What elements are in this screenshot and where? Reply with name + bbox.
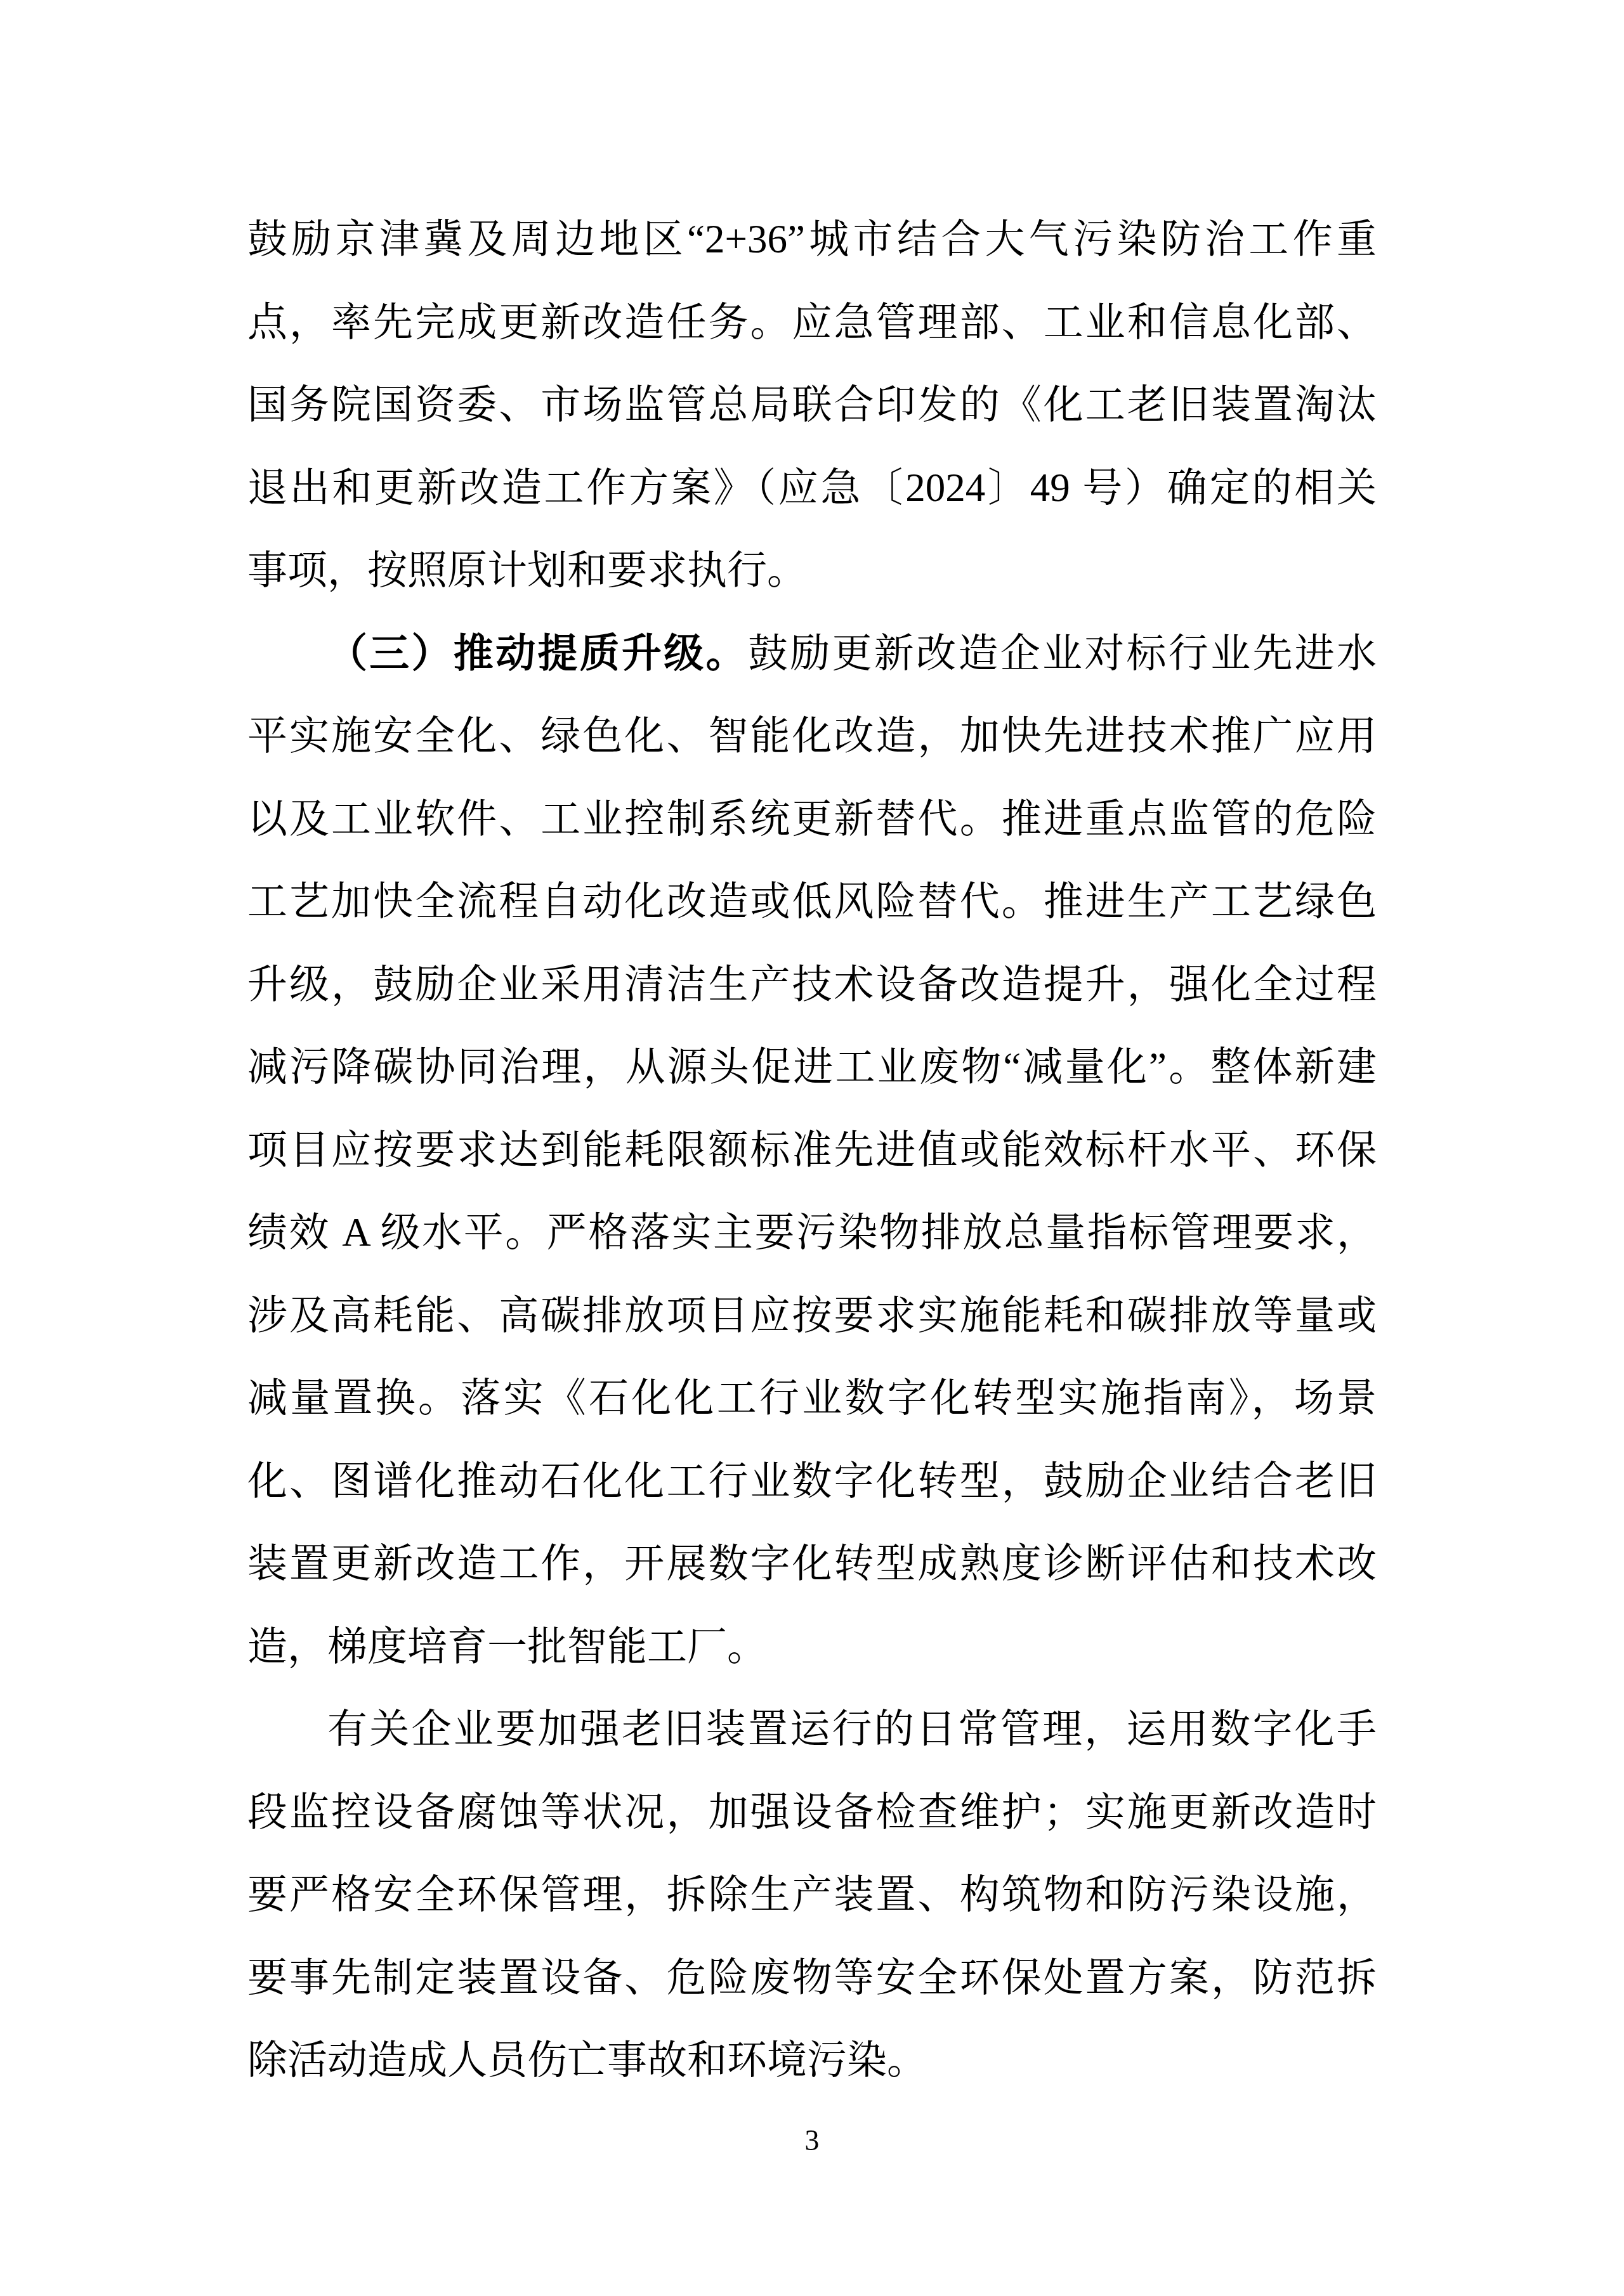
text-line: 有关企业要加强老旧装置运行的日常管理，运用数字化手 xyxy=(247,1688,1377,1771)
text-line-content: 造，梯度培育一批智能工厂。 xyxy=(247,1624,767,1669)
text-line: 升级，鼓励企业采用清洁生产技术设备改造提升，强化全过程 xyxy=(247,943,1377,1026)
section-heading: （三）推动提质升级。 xyxy=(327,631,748,675)
text-line-content: 段监控设备腐蚀等状况，加强设备检查维护；实施更新改造时 xyxy=(247,1790,1377,1834)
text-line: 除活动造成人员伤亡事故和环境污染。 xyxy=(247,2019,1377,2102)
page-number: 3 xyxy=(0,2125,1624,2156)
text-line: 以及工业软件、工业控制系统更新替代。推进重点监管的危险 xyxy=(247,778,1377,861)
text-line-content: 化、图谱化推动石化化工行业数字化转型，鼓励企业结合老旧 xyxy=(247,1459,1377,1503)
text-line: 装置更新改造工作，开展数字化转型成熟度诊断评估和技术改 xyxy=(247,1522,1377,1605)
text-line: 减量置换。落实《石化化工行业数字化转型实施指南》，场景 xyxy=(247,1357,1377,1440)
text-line-content: 减污降碳协同治理，从源头促进工业废物“减量化”。整体新建 xyxy=(247,1045,1377,1089)
text-line-content: 要严格安全环保管理，拆除生产装置、构筑物和防污染设施， xyxy=(247,1872,1377,1917)
text-line: 段监控设备腐蚀等状况，加强设备检查维护；实施更新改造时 xyxy=(247,1771,1377,1854)
text-line-content: 装置更新改造工作，开展数字化转型成熟度诊断评估和技术改 xyxy=(247,1541,1377,1586)
text-line-content: 减量置换。落实《石化化工行业数字化转型实施指南》，场景 xyxy=(247,1376,1377,1420)
text-line-content: 平实施安全化、绿色化、智能化改造，加快先进技术推广应用 xyxy=(247,714,1377,758)
text-line: 鼓励京津冀及周边地区“2+36”城市结合大气污染防治工作重 xyxy=(247,198,1377,281)
text-line: 要事先制定装置设备、危险废物等安全环保处置方案，防范拆 xyxy=(247,1936,1377,2019)
text-line-content: 涉及高耗能、高碳排放项目应按要求实施能耗和碳排放等量或 xyxy=(247,1293,1377,1338)
text-line: 涉及高耗能、高碳排放项目应按要求实施能耗和碳排放等量或 xyxy=(247,1274,1377,1357)
text-line-content: 除活动造成人员伤亡事故和环境污染。 xyxy=(247,2038,927,2082)
text-line-content: 有关企业要加强老旧装置运行的日常管理，运用数字化手 xyxy=(327,1707,1377,1751)
text-line: 工艺加快全流程自动化改造或低风险替代。推进生产工艺绿色 xyxy=(247,860,1377,943)
text-line-content: 项目应按要求达到能耗限额标准先进值或能效标杆水平、环保 xyxy=(247,1128,1377,1172)
text-line-content: 工艺加快全流程自动化改造或低风险替代。推进生产工艺绿色 xyxy=(247,879,1377,923)
text-line-content: 鼓励更新改造企业对标行业先进水 xyxy=(748,631,1377,675)
text-line-content: 事项，按照原计划和要求执行。 xyxy=(247,548,807,592)
document-page: 鼓励京津冀及周边地区“2+36”城市结合大气污染防治工作重点，率先完成更新改造任… xyxy=(0,0,1624,2296)
text-line: 点，率先完成更新改造任务。应急管理部、工业和信息化部、 xyxy=(247,281,1377,364)
text-line-content: 国务院国资委、市场监管总局联合印发的《化工老旧装置淘汰 xyxy=(247,382,1377,427)
text-line: （三）推动提质升级。鼓励更新改造企业对标行业先进水 xyxy=(247,612,1377,695)
text-line-content: 鼓励京津冀及周边地区“2+36”城市结合大气污染防治工作重 xyxy=(247,217,1377,261)
text-line: 化、图谱化推动石化化工行业数字化转型，鼓励企业结合老旧 xyxy=(247,1440,1377,1523)
text-line-content: 升级，鼓励企业采用清洁生产技术设备改造提升，强化全过程 xyxy=(247,962,1377,1007)
text-line: 平实施安全化、绿色化、智能化改造，加快先进技术推广应用 xyxy=(247,695,1377,778)
text-line: 事项，按照原计划和要求执行。 xyxy=(247,529,1377,612)
text-line: 造，梯度培育一批智能工厂。 xyxy=(247,1605,1377,1688)
text-line: 国务院国资委、市场监管总局联合印发的《化工老旧装置淘汰 xyxy=(247,363,1377,447)
text-line-content: 要事先制定装置设备、危险废物等安全环保处置方案，防范拆 xyxy=(247,1955,1377,2000)
document-body: 鼓励京津冀及周边地区“2+36”城市结合大气污染防治工作重点，率先完成更新改造任… xyxy=(247,198,1377,2102)
text-line: 退出和更新改造工作方案》（应急〔2024〕49 号）确定的相关 xyxy=(247,447,1377,530)
text-line: 项目应按要求达到能耗限额标准先进值或能效标杆水平、环保 xyxy=(247,1109,1377,1192)
text-line-content: 以及工业软件、工业控制系统更新替代。推进重点监管的危险 xyxy=(247,797,1377,841)
text-line-content: 点，率先完成更新改造任务。应急管理部、工业和信息化部、 xyxy=(247,300,1377,344)
text-line-content: 退出和更新改造工作方案》（应急〔2024〕49 号）确定的相关 xyxy=(247,466,1377,510)
text-line-content: 绩效 A 级水平。严格落实主要污染物排放总量指标管理要求， xyxy=(247,1210,1377,1255)
text-line: 减污降碳协同治理，从源头促进工业废物“减量化”。整体新建 xyxy=(247,1026,1377,1109)
text-line: 绩效 A 级水平。严格落实主要污染物排放总量指标管理要求， xyxy=(247,1191,1377,1274)
text-line: 要严格安全环保管理，拆除生产装置、构筑物和防污染设施， xyxy=(247,1853,1377,1936)
